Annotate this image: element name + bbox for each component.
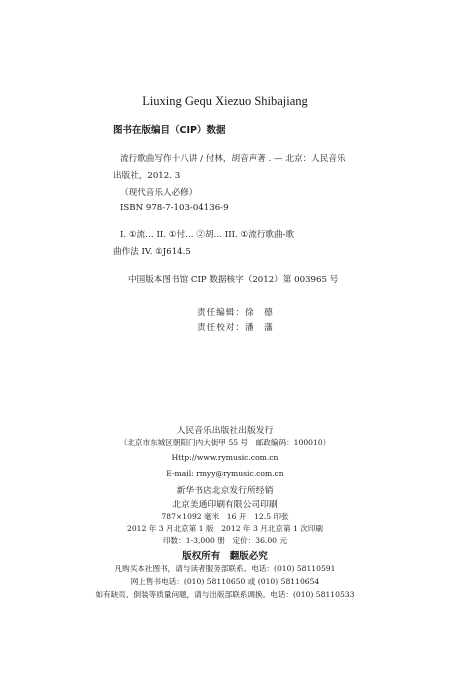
print-run-price: 印数：1-3,000 册 定价：36.00 元 [0,535,450,546]
copyright-line: 如有缺页、倒装等质量问题，请与出版部联系调换。电话：(010) 58110533 [0,589,450,600]
cip-line: 流行歌曲写作十八讲 / 付林，胡音声著 . — 北京：人民音乐 [120,152,346,164]
printer: 北京美通印刷有限公司印刷 [0,497,450,510]
copyright-line: 凡购买本社图书，请与读者服务部联系。电话：(010) 58110591 [0,563,450,574]
responsible-editor: 责任编辑：徐 德 [197,306,274,318]
title-pinyin: Liuxing Gequ Xiezuo Shibajiang [0,94,450,109]
publisher-name: 人民音乐出版社出版发行 [0,423,450,436]
distributor: 新华书店北京发行所经销 [0,483,450,496]
cip-line: （现代音乐人必修） [120,186,197,198]
edition-info: 2012 年 3 月北京第 1 版 2012 年 3 月北京第 1 次印刷 [0,523,450,534]
book-format: 787×1092 毫米 16 开 12.5 印张 [0,511,450,522]
responsible-proofreader: 责任校对：潘 藩 [197,321,274,333]
cip-verification: 中国版本图书馆 CIP 数据核字（2012）第 003965 号 [128,273,338,285]
copyright-page: Liuxing Gequ Xiezuo Shibajiang 图书在版编目（CI… [0,0,450,680]
cip-line: 曲作法 IV. ①J614.5 [113,245,191,257]
publisher-address: （北京市东城区朝阳门内大街甲 55 号 邮政编码：100010） [0,437,450,448]
copyright-notice: 版权所有 翻版必究 [0,548,450,562]
publisher-email: E-mail: rmyy@rymusic.com.cn [0,469,450,478]
publisher-website: Http://www.rymusic.com.cn [0,453,450,462]
cip-line: ISBN 978-7-103-04136-9 [120,203,229,213]
copyright-line: 网上售书电话：(010) 58110650 或 (010) 58110654 [0,576,450,587]
cip-line: I. ①流… II. ①付… ②胡… III. ①流行歌曲-歌 [120,228,294,240]
cip-heading: 图书在版编目（CIP）数据 [113,122,225,136]
cip-line: 出版社，2012. 3 [113,169,180,181]
